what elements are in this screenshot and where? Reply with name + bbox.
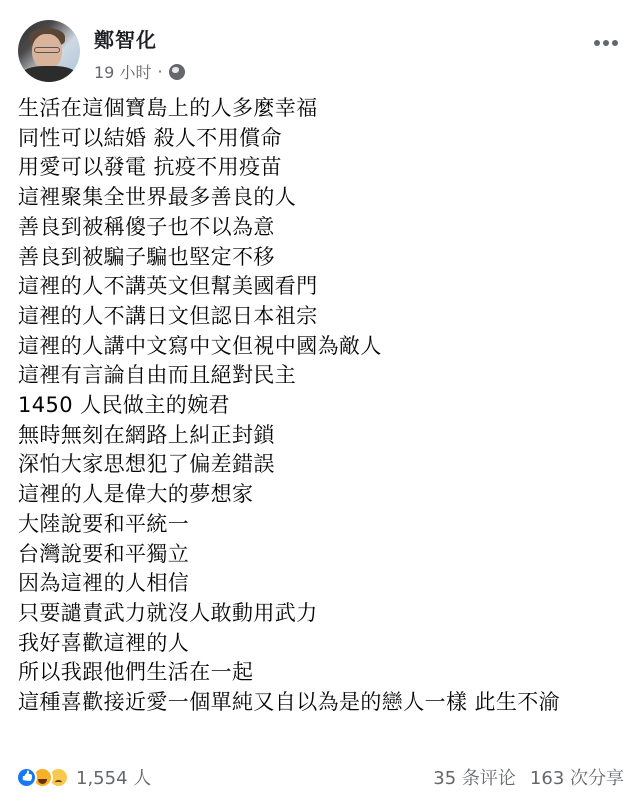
post-line: 我好喜歡這裡的人 — [18, 629, 628, 659]
post-line: 同性可以結婚 殺人不用償命 — [18, 124, 628, 154]
avatar-glasses — [34, 47, 60, 53]
author-name[interactable]: 鄭智化 — [94, 24, 157, 53]
post-line: 生活在這個寶島上的人多麼幸福 — [18, 94, 628, 124]
comments-count[interactable]: 35 条评论 — [433, 764, 516, 790]
post-line: 這裡的人是偉大的夢想家 — [18, 480, 628, 510]
post-line: 這裡的人不講英文但幫美國看門 — [18, 272, 628, 302]
post-line: 無時無刻在網路上糾正封鎖 — [18, 421, 628, 451]
more-dot-icon — [603, 40, 609, 46]
meta-separator: · — [157, 62, 162, 81]
more-dot-icon — [612, 40, 618, 46]
globe-icon — [169, 64, 185, 80]
post-line: 這種喜歡接近愛一個單純又自以為是的戀人一樣 此生不渝 — [18, 688, 628, 718]
post-line: 深怕大家思想犯了偏差錯誤 — [18, 450, 628, 480]
post-line: 善良到被稱傻子也不以為意 — [18, 213, 628, 243]
post-line: 因為這裡的人相信 — [18, 569, 628, 599]
post-line: 台灣說要和平獨立 — [18, 540, 628, 570]
post-line: 1450 人民做主的婉君 — [18, 391, 628, 421]
post-line: 所以我跟他們生活在一起 — [18, 658, 628, 688]
post-line: 大陸說要和平統一 — [18, 510, 628, 540]
post-line: 這裡有言論自由而且絕對民主 — [18, 361, 628, 391]
post-line: 這裡的人不講日文但認日本祖宗 — [18, 302, 628, 332]
post-line: 這裡的人講中文寫中文但視中國為敵人 — [18, 332, 628, 362]
shares-count[interactable]: 163 次分享 — [530, 764, 624, 790]
like-icon — [16, 767, 37, 788]
post-header: 鄭智化 19 小时 · — [18, 18, 622, 82]
post-time[interactable]: 19 小时 — [94, 60, 151, 83]
post-line: 這裡聚集全世界最多善良的人 — [18, 183, 628, 213]
more-options-button[interactable] — [590, 36, 622, 50]
post-line: 用愛可以發電 抗疫不用疫苗 — [18, 153, 628, 183]
post-footer: 1,554 人 35 条评论 163 次分享 — [16, 762, 624, 792]
post-body: 生活在這個寶島上的人多麼幸福 同性可以結婚 殺人不用償命 用愛可以發電 抗疫不用… — [18, 94, 628, 718]
post-meta: 19 小时 · — [94, 60, 185, 83]
more-dot-icon — [594, 40, 600, 46]
reactions-summary[interactable]: 1,554 人 — [16, 764, 151, 790]
post-line: 只要譴責武力就沒人敢動用武力 — [18, 599, 628, 629]
reaction-count[interactable]: 1,554 人 — [76, 764, 151, 790]
post-line: 善良到被騙子騙也堅定不移 — [18, 243, 628, 273]
avatar-shirt — [22, 66, 76, 82]
post-stats: 35 条评论 163 次分享 — [433, 764, 624, 790]
avatar[interactable] — [18, 20, 80, 82]
